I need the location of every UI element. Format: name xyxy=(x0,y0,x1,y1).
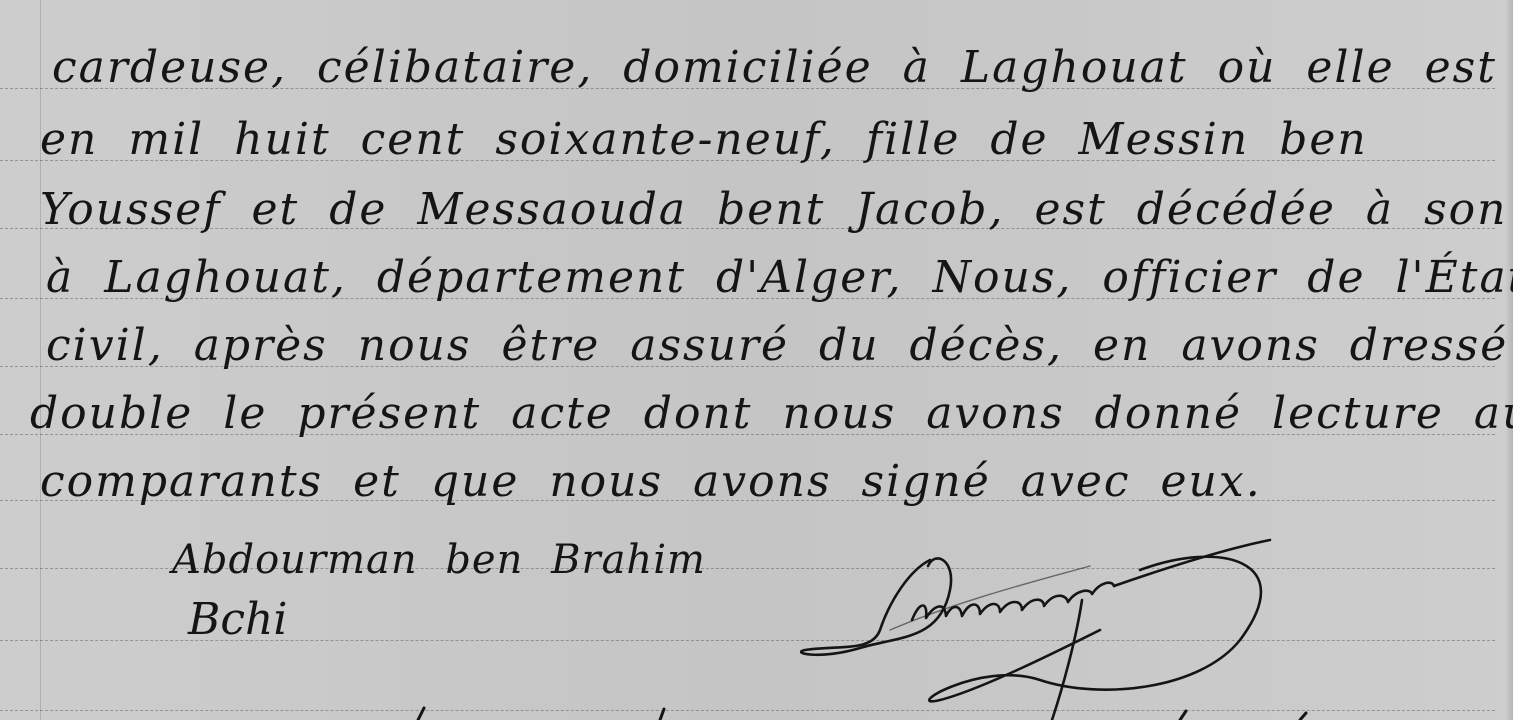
signature-officer xyxy=(800,530,1360,720)
text-line-7: comparants et que nous avons signé avec … xyxy=(40,460,1262,504)
text-line-6: double le présent acte dont nous avons d… xyxy=(30,392,1513,436)
officer-signature-flourish-icon xyxy=(800,530,1360,720)
text-line-4: à Laghouat, département d'Alger, Nous, o… xyxy=(46,256,1513,300)
text-line-3: Youssef et de Messaouda bent Jacob, est … xyxy=(40,188,1513,232)
text-line-1: cardeuse, célibataire, domiciliée à Lagh… xyxy=(52,46,1513,90)
text-line-5: civil, après nous être assuré du décès, … xyxy=(46,324,1513,368)
document-page: cardeuse, célibataire, domiciliée à Lagh… xyxy=(0,0,1513,720)
cut-off-next-line xyxy=(0,705,1513,720)
signature-declarant-2: Bchi xyxy=(188,598,287,642)
text-line-2: en mil huit cent soixante-neuf, fille de… xyxy=(40,118,1368,162)
partial-ink-strokes-icon xyxy=(0,705,1513,720)
margin-rule xyxy=(40,0,41,720)
signature-declarant-1: Abdourman ben Brahim xyxy=(172,540,706,580)
